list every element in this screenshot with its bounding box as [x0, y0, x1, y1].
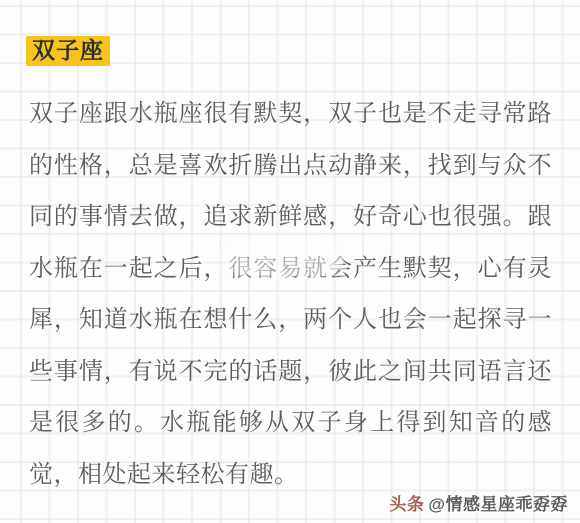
body-text-line: 是很多的。水瓶能够从双子身上得到知音的感: [29, 397, 552, 449]
watermark-handle-label: @情感星座乖孬孬: [428, 495, 568, 514]
body-text-line: 同的事情去做，追求新鲜感，好奇心也很强。跟: [29, 191, 552, 243]
body-paragraph: 双子座跟水瓶座很有默契，双子也是不走寻常路的性格，总是喜欢折腾出点动静来，找到与…: [29, 88, 552, 500]
body-text-line: 些事情，有说不完的话题，彼此之间共同语言还: [29, 346, 552, 398]
zodiac-text-card: 双子座 双子座跟水瓶座很有默契，双子也是不走寻常路的性格，总是喜欢折腾出点动静来…: [0, 0, 580, 523]
body-text-line: 双子座跟水瓶座很有默契，双子也是不走寻常路: [29, 88, 552, 140]
body-text-line: 水瓶在一起之后，很容易就会产生默契，心有灵: [29, 243, 552, 295]
body-text-line: 犀，知道水瓶在想什么，两个人也会一起探寻一: [29, 294, 552, 346]
watermark-platform-label: 头条: [389, 495, 424, 514]
body-text-line: 的性格，总是喜欢折腾出点动静来，找到与众不: [29, 140, 552, 192]
page-title: 双子座: [26, 36, 110, 66]
bottom-watermark: 头条@情感星座乖孬孬: [389, 490, 568, 515]
